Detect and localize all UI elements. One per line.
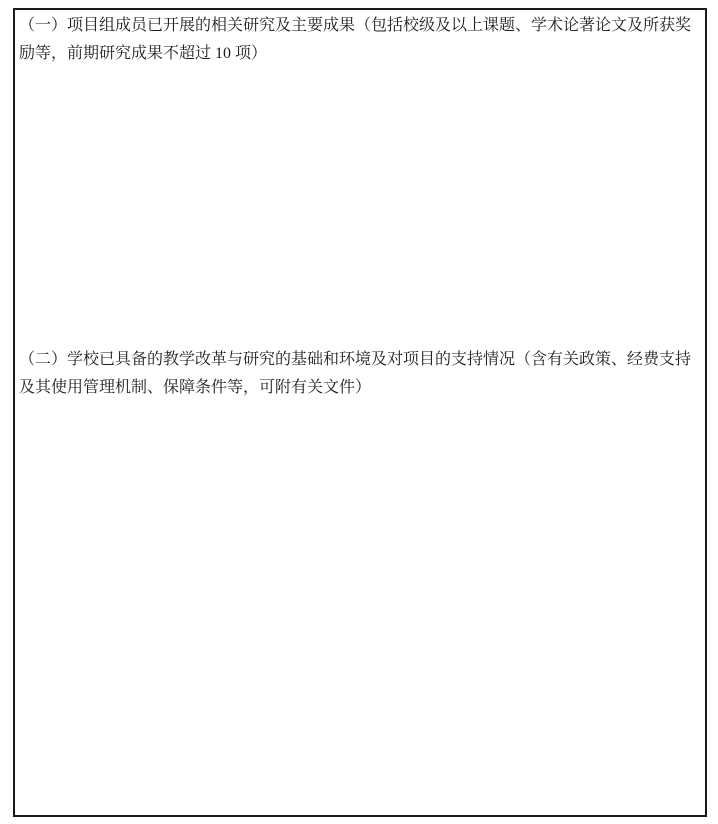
document-page: { "document": { "background_color": "#ff… <box>0 0 718 824</box>
section-prior-research: （一）项目组成员已开展的相关研究及主要成果（包括校级及以上课题、学术论著论文及所… <box>15 12 705 68</box>
section-prior-research-blank-area <box>15 74 705 344</box>
section-school-support-blank-area <box>15 404 705 813</box>
form-border-box: （一）项目组成员已开展的相关研究及主要成果（包括校级及以上课题、学术论著论文及所… <box>13 8 707 817</box>
section-prior-research-heading: （一）项目组成员已开展的相关研究及主要成果（包括校级及以上课题、学术论著论文及所… <box>19 12 695 68</box>
section-school-support-heading: （二）学校已具备的教学改革与研究的基础和环境及对项目的支持情况（含有关政策、经费… <box>19 346 695 402</box>
section-school-support: （二）学校已具备的教学改革与研究的基础和环境及对项目的支持情况（含有关政策、经费… <box>15 346 705 402</box>
